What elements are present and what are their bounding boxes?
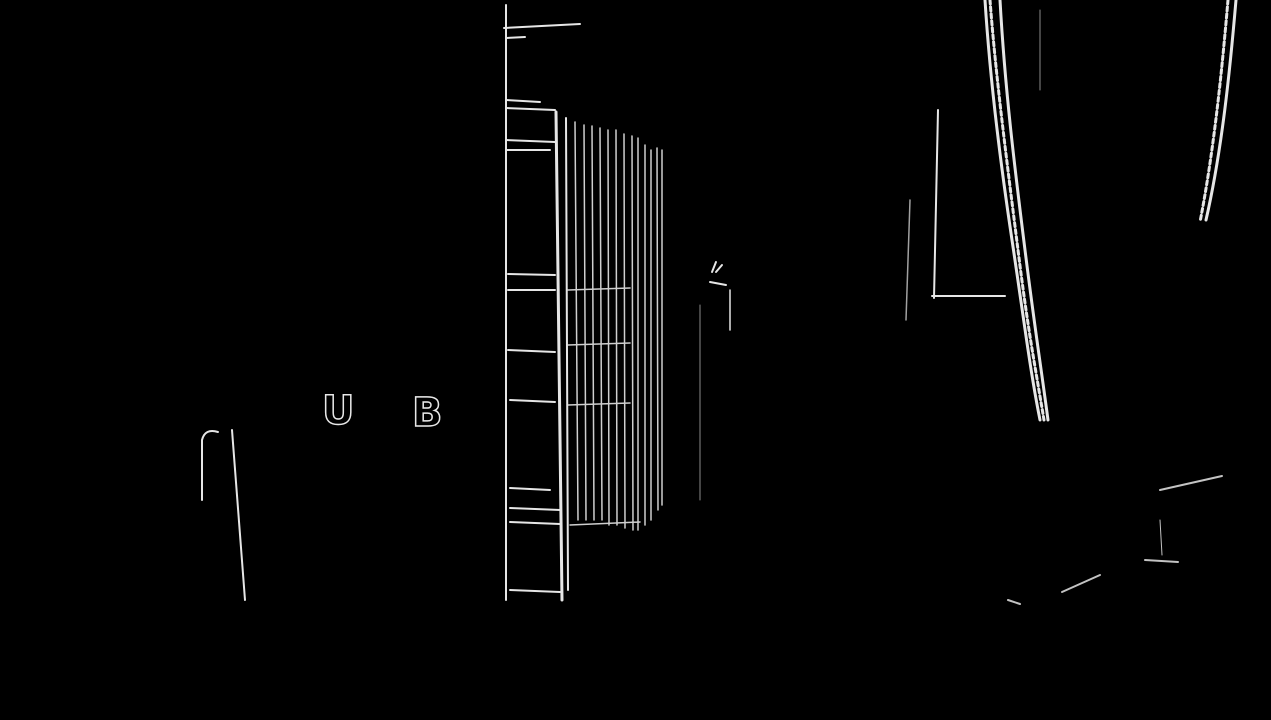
wall-arch: [202, 430, 245, 600]
chain-right: [1200, 0, 1236, 222]
chain-left: [985, 0, 1048, 420]
small-object: [700, 262, 730, 500]
wall-letter-b: B: [412, 390, 443, 436]
wall-letter-u: U: [322, 388, 354, 434]
bookshelf: [504, 5, 662, 600]
floor-furniture: [1008, 476, 1222, 604]
edge-scene: [0, 0, 1271, 720]
